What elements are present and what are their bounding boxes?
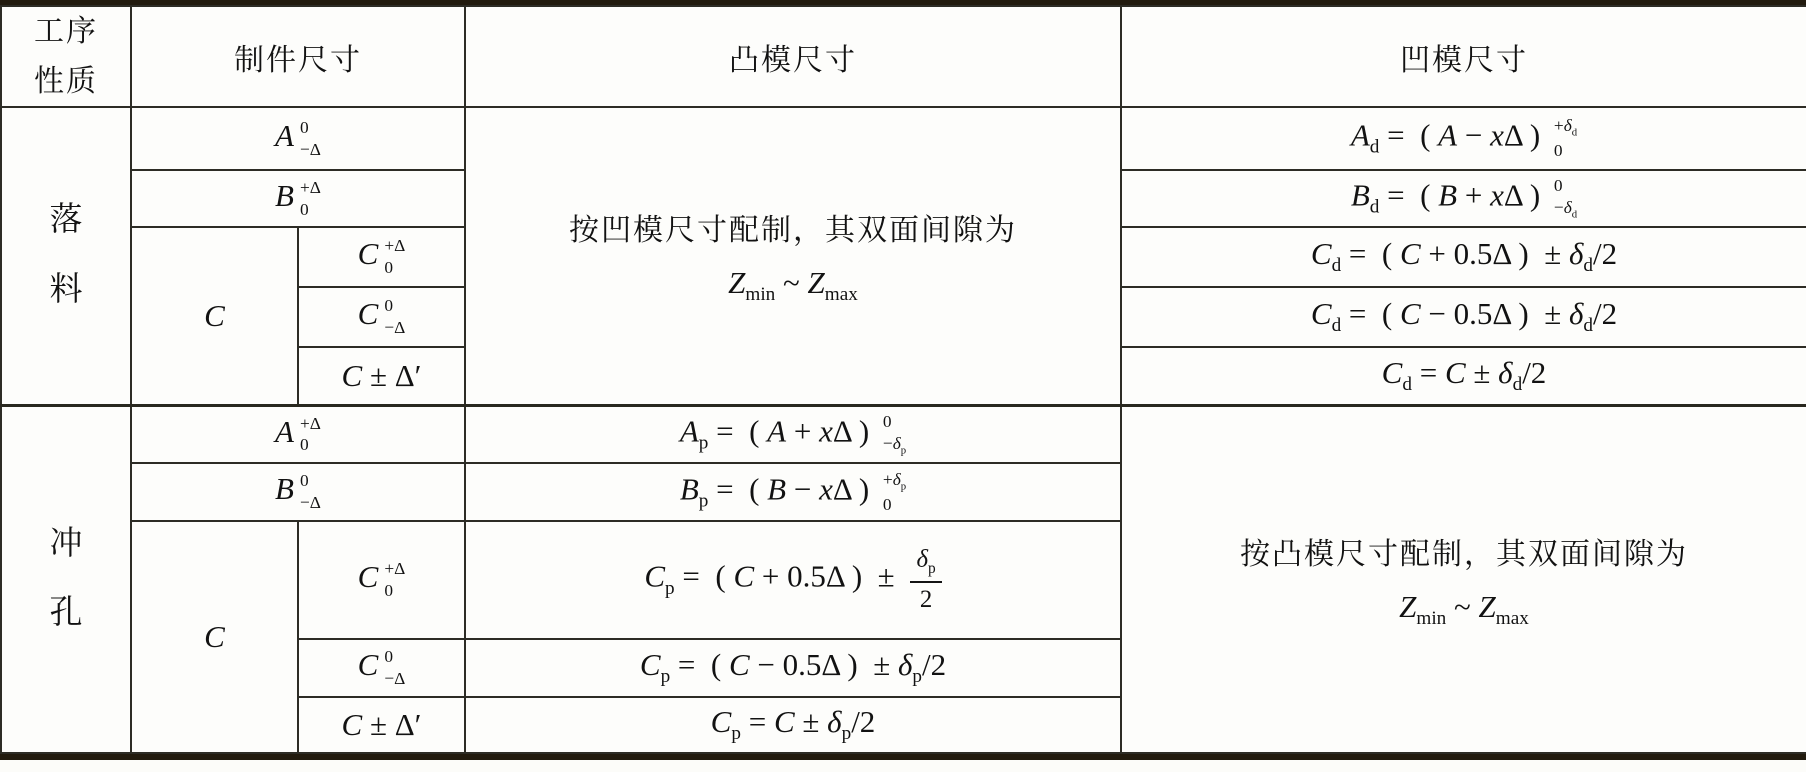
- piercing-punch-Cp-plus: Cp = ( C + 0.5Δ ) ± δp2: [465, 521, 1121, 639]
- blanking-die-Ad: Ad = ( A − xΔ ) +δd0: [1121, 107, 1806, 170]
- blanking-part-C-plus: C+Δ0: [298, 227, 465, 287]
- blanking-die-Cd-plus: Cd = ( C + 0.5Δ ) ± δd/2: [1121, 227, 1806, 287]
- piercing-part-A: A+Δ0: [131, 405, 465, 463]
- piercing-part-C-pm: C ± Δ′: [298, 697, 465, 753]
- blanking-die-Cd-minus: Cd = ( C − 0.5Δ ) ± δd/2: [1121, 287, 1806, 347]
- piercing-die-note: 按凸模尺寸配制，其双面间隙为 Zmin ~ Zmax: [1240, 529, 1688, 630]
- blanking-punch-clearance-formula: Zmin ~ Zmax: [569, 265, 1017, 306]
- piercing-punch-Bp: Bp = ( B − xΔ ) +δp0: [465, 463, 1121, 521]
- blanking-part-C-pm: C ± Δ′: [298, 347, 465, 405]
- blanking-part-C-minus: C0−Δ: [298, 287, 465, 347]
- header-part-size: 制件尺寸: [131, 6, 465, 107]
- blanking-part-C: C: [131, 227, 298, 405]
- blanking-punch-note-text: 按凹模尺寸配制，其双面间隙为: [569, 205, 1017, 249]
- header-die-size: 凹模尺寸: [1121, 6, 1806, 107]
- table-frame: 工序 性质 制件尺寸 凸模尺寸 凹模尺寸 落 料 A0−Δ 按凹模尺寸配制，其双…: [0, 0, 1806, 760]
- piercing-punch-Cp-pm: Cp = C ± δp/2: [465, 697, 1121, 753]
- die-punch-dimension-table: 工序 性质 制件尺寸 凸模尺寸 凹模尺寸 落 料 A0−Δ 按凹模尺寸配制，其双…: [0, 5, 1806, 754]
- blanking-part-B: B+Δ0: [131, 170, 465, 227]
- blanking-punch-note-cell: 按凹模尺寸配制，其双面间隙为 Zmin ~ Zmax: [465, 107, 1121, 405]
- piercing-punch-Cp-minus: Cp = ( C − 0.5Δ ) ± δp/2: [465, 639, 1121, 697]
- piercing-punch-Ap: Ap = ( A + xΔ ) 0−δp: [465, 405, 1121, 463]
- piercing-die-clearance-formula: Zmin ~ Zmax: [1240, 589, 1688, 630]
- piercing-part-C-minus: C0−Δ: [298, 639, 465, 697]
- piercing-part-B: B0−Δ: [131, 463, 465, 521]
- header-punch-size: 凸模尺寸: [465, 6, 1121, 107]
- piercing-part-C-plus: C+Δ0: [298, 521, 465, 639]
- header-process-nature: 工序 性质: [1, 6, 131, 107]
- scanned-table-page: 工序 性质 制件尺寸 凸模尺寸 凹模尺寸 落 料 A0−Δ 按凹模尺寸配制，其双…: [0, 0, 1806, 772]
- blanking-part-A: A0−Δ: [131, 107, 465, 170]
- blanking-die-Cd-pm: Cd = C ± δd/2: [1121, 347, 1806, 405]
- piercing-row-label: 冲 孔: [1, 405, 131, 753]
- blanking-row-label: 落 料: [1, 107, 131, 405]
- piercing-part-C: C: [131, 521, 298, 753]
- piercing-die-note-cell: 按凸模尺寸配制，其双面间隙为 Zmin ~ Zmax: [1121, 405, 1806, 753]
- blanking-punch-note: 按凹模尺寸配制，其双面间隙为 Zmin ~ Zmax: [569, 205, 1017, 306]
- piercing-die-note-text: 按凸模尺寸配制，其双面间隙为: [1240, 529, 1688, 573]
- blanking-die-Bd: Bd = ( B + xΔ ) 0−δd: [1121, 170, 1806, 227]
